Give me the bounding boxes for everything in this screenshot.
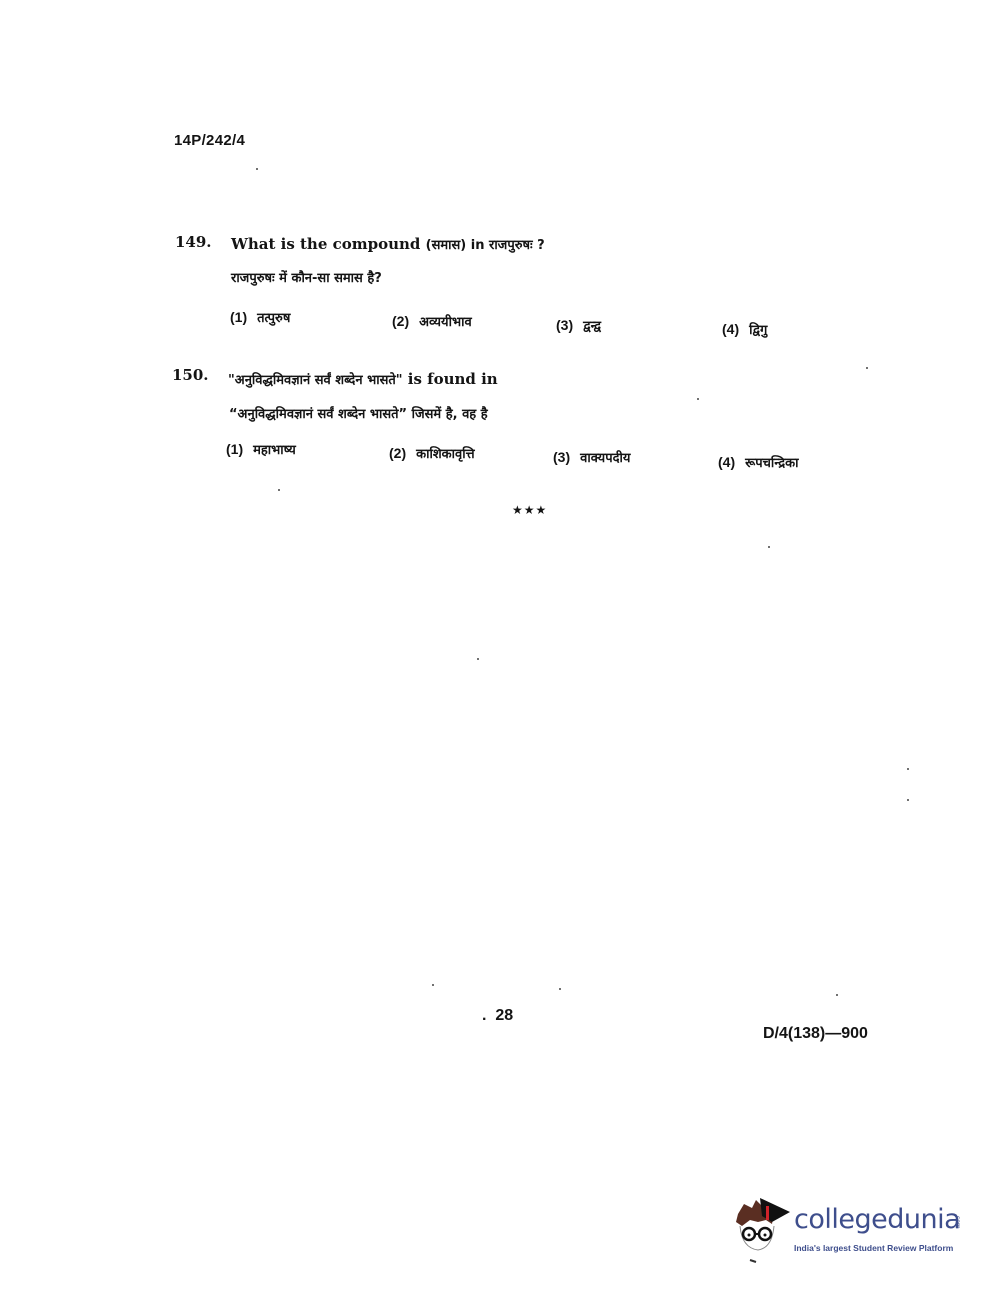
question-text-hi: राजपुरुषः में कौन-सा समास है? (231, 268, 382, 286)
question-text-hi: “अनुविद्धमिवज्ञानं सर्वं शब्देन भासते” ज… (229, 404, 488, 422)
option-3: (3)द्वन्द्व (556, 316, 601, 334)
option-number: (4) (722, 321, 739, 337)
option-2: (2)काशिकावृत्ति (389, 444, 475, 462)
scan-speck (907, 768, 909, 770)
scan-speck (278, 489, 280, 491)
option-label: अव्ययीभाव (419, 315, 472, 330)
option-number: (1) (226, 441, 243, 457)
question-text-en: "अनुविद्धमिवज्ञानं सर्वं शब्देन भासते" i… (228, 369, 498, 388)
option-3: (3)वाक्यपदीय (553, 448, 630, 466)
option-number: (2) (392, 313, 409, 329)
scan-speck (559, 988, 561, 990)
question-text-prefix: What is the compound (231, 235, 426, 253)
option-number: (2) (389, 445, 406, 461)
page-number: . 28 (482, 1007, 513, 1025)
question-quote: "अनुविद्धमिवज्ञानं सर्वं शब्देन भासते" (228, 373, 403, 388)
print-code: D/4(138)—900 (763, 1025, 868, 1043)
scan-speck (907, 799, 909, 801)
option-4: (4)द्विगु (722, 320, 767, 338)
scan-speck (697, 398, 699, 400)
option-label: द्विगु (749, 323, 767, 338)
question-number: 150. (172, 366, 209, 384)
option-label: द्वन्द्व (583, 319, 601, 334)
question-text-suffix: is found in (403, 370, 498, 388)
brand-domain-suffix: .com (954, 1214, 961, 1229)
option-1: (1)महाभाष्य (226, 440, 296, 458)
end-of-paper-marker: ★★★ (512, 503, 547, 517)
question-number: 149. (175, 233, 212, 251)
scan-speck (432, 984, 434, 986)
option-number: (4) (718, 454, 735, 470)
scan-speck (477, 658, 479, 660)
brand-name: collegedunia (794, 1204, 960, 1235)
option-number: (3) (553, 449, 570, 465)
option-label: रूपचन्द्रिका (745, 456, 798, 471)
page-number-dot: . (482, 1007, 495, 1024)
option-label: वाक्यपदीय (580, 451, 630, 466)
option-1: (1)तत्पुरुष (230, 308, 290, 326)
scan-speck (256, 168, 258, 170)
paper-code: 14P/242/4 (174, 132, 245, 149)
option-2: (2)अव्ययीभाव (392, 312, 472, 330)
option-label: तत्पुरुष (257, 311, 290, 326)
collegedunia-watermark: collegedunia .com India's largest Studen… (732, 1196, 962, 1274)
page-number-value: 28 (495, 1007, 513, 1024)
question-text-term: (समास) (426, 238, 467, 253)
option-4: (4)रूपचन्द्रिका (718, 453, 799, 471)
mascot-icon (732, 1196, 794, 1272)
option-label: काशिकावृत्ति (416, 447, 475, 462)
option-number: (3) (556, 317, 573, 333)
scan-speck (768, 546, 770, 548)
scan-speck (866, 367, 868, 369)
question-text-suffix: in राजपुरुषः ? (466, 238, 544, 253)
question-text-en: What is the compound (समास) in राजपुरुषः… (231, 234, 545, 253)
scan-speck (836, 994, 838, 996)
option-number: (1) (230, 309, 247, 325)
option-label: महाभाष्य (253, 443, 296, 458)
brand-tagline: India's largest Student Review Platform (794, 1243, 953, 1253)
